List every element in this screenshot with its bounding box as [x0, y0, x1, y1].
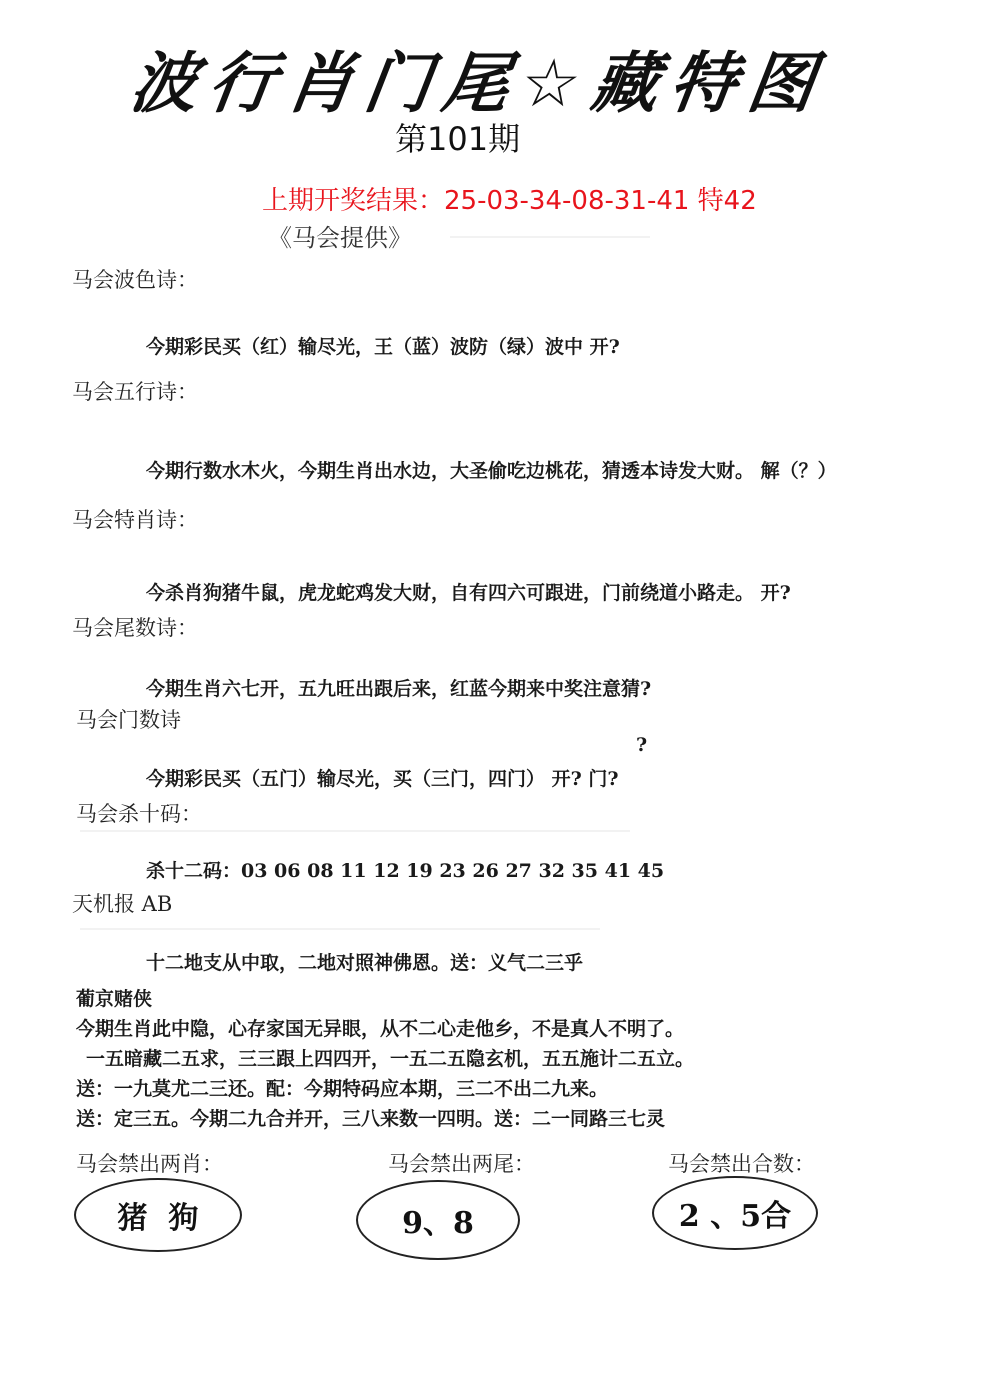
ban-zodiac-label: 马会禁出两肖： — [76, 1148, 223, 1178]
ban-tail-label: 马会禁出两尾： — [388, 1148, 535, 1178]
section-text-tianji: 十二地支从中取，二地对照神佛恩。送：义气二三乎 — [146, 948, 583, 975]
ban-combo-label: 马会禁出合数： — [668, 1148, 815, 1178]
section-text-wave-color: 今期彩民买（红）输尽光，王（蓝）波防（绿）波中 开? — [146, 332, 620, 359]
section-heading-gate-number: 马会门数诗 — [76, 704, 181, 734]
gambler-line: 今期生肖此中隐，心存家国无异眼，从不二心走他乡，不是真人不明了。 — [76, 1014, 684, 1041]
question-mark: ? — [636, 734, 647, 756]
gambler-line: 一五暗藏二五求，三三跟上四四开，一五二五隐玄机，五五施计二五立。 — [86, 1044, 694, 1071]
gambler-heading: 葡京赌侠 — [76, 984, 152, 1011]
issue-number: 第101期 — [395, 114, 520, 160]
section-heading-special-zodiac: 马会特肖诗： — [72, 504, 198, 534]
section-heading-tianji: 天机报 AB — [72, 888, 172, 918]
ban-combo-oval: 2 、5合 — [652, 1176, 818, 1250]
section-heading-kill-ten: 马会杀十码： — [76, 798, 202, 828]
section-text-gate-number: 今期彩民买（五门）输尽光，买（三门，四门） 开? 门? — [146, 764, 619, 791]
ban-zodiac-value: 猪 狗 — [118, 1193, 199, 1237]
scan-artifact — [450, 236, 650, 238]
gambler-line: 送：定三五。今期二九合并开，三八来数一四明。送：二一同路三七灵 — [76, 1104, 665, 1131]
ban-combo-value: 2 、5合 — [679, 1191, 791, 1235]
scan-artifact — [80, 928, 600, 930]
section-heading-tail-number: 马会尾数诗： — [72, 612, 198, 642]
section-text-five-elements: 今期行数水木火，今期生肖出水边，大圣偷吃边桃花，猜透本诗发大财。 解（？） — [146, 456, 837, 483]
section-text-special-zodiac: 今杀肖狗猪牛鼠，虎龙蛇鸡发大财，自有四六可跟进，门前绕道小路走。 开? — [146, 578, 791, 605]
section-text-tail-number: 今期生肖六七开，五九旺出跟后来，红蓝今期来中奖注意猜? — [146, 674, 651, 701]
ban-zodiac-oval: 猪 狗 — [74, 1178, 242, 1252]
gambler-line: 送：一九莫尤二三还。配：今期特码应本期，三二不出二九来。 — [76, 1074, 608, 1101]
section-text-kill-ten: 杀十二码：03 06 08 11 12 19 23 26 27 32 35 41… — [146, 856, 664, 883]
provider-label: 《马会提供》 — [268, 218, 412, 253]
ban-tail-value: 9、8 — [402, 1198, 474, 1242]
page-title: 波行肖门尾☆藏特图 — [125, 30, 834, 125]
scan-artifact — [80, 830, 630, 832]
ban-tail-oval: 9、8 — [356, 1180, 520, 1260]
section-heading-five-elements: 马会五行诗： — [72, 376, 198, 406]
last-draw-result: 上期开奖结果：25-03-34-08-31-41 特42 — [262, 180, 757, 217]
section-heading-wave-color: 马会波色诗： — [72, 264, 198, 294]
